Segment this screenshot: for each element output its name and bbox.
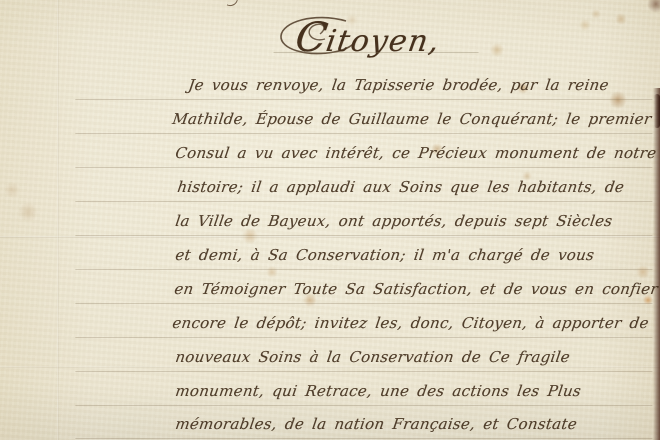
letter-line: nouveaux Soins à la Conservation de Ce f… [170, 348, 649, 372]
letter-line: en Témoigner Toute Sa Satisfaction, et d… [170, 280, 649, 304]
manuscript-page: Citoyen, Je vous renvoye, la Tapisserie … [0, 0, 660, 440]
letter-line: mémorables, de la nation Française, et C… [170, 415, 649, 439]
letter-line: encore le dépôt; invitez les, donc, Cito… [170, 314, 649, 338]
letter-line: et demi, à Sa Conservation; il m'a charg… [170, 246, 649, 270]
letter-line: Consul a vu avec intérêt, ce Précieux mo… [170, 144, 649, 168]
letter-line: Mathilde, Épouse de Guillaume le Conquér… [170, 110, 649, 134]
letter-line: Je vous renvoye, la Tapisserie brodée, p… [170, 76, 649, 100]
letter-line: histoire; il a applaudi aux Soins que le… [170, 178, 649, 202]
letter-body: Je vous renvoye, la Tapisserie brodée, p… [0, 0, 660, 440]
letter-line: monument, qui Retrace, une des actions l… [170, 382, 649, 406]
letter-line: la Ville de Bayeux, ont apportés, depuis… [170, 212, 649, 236]
